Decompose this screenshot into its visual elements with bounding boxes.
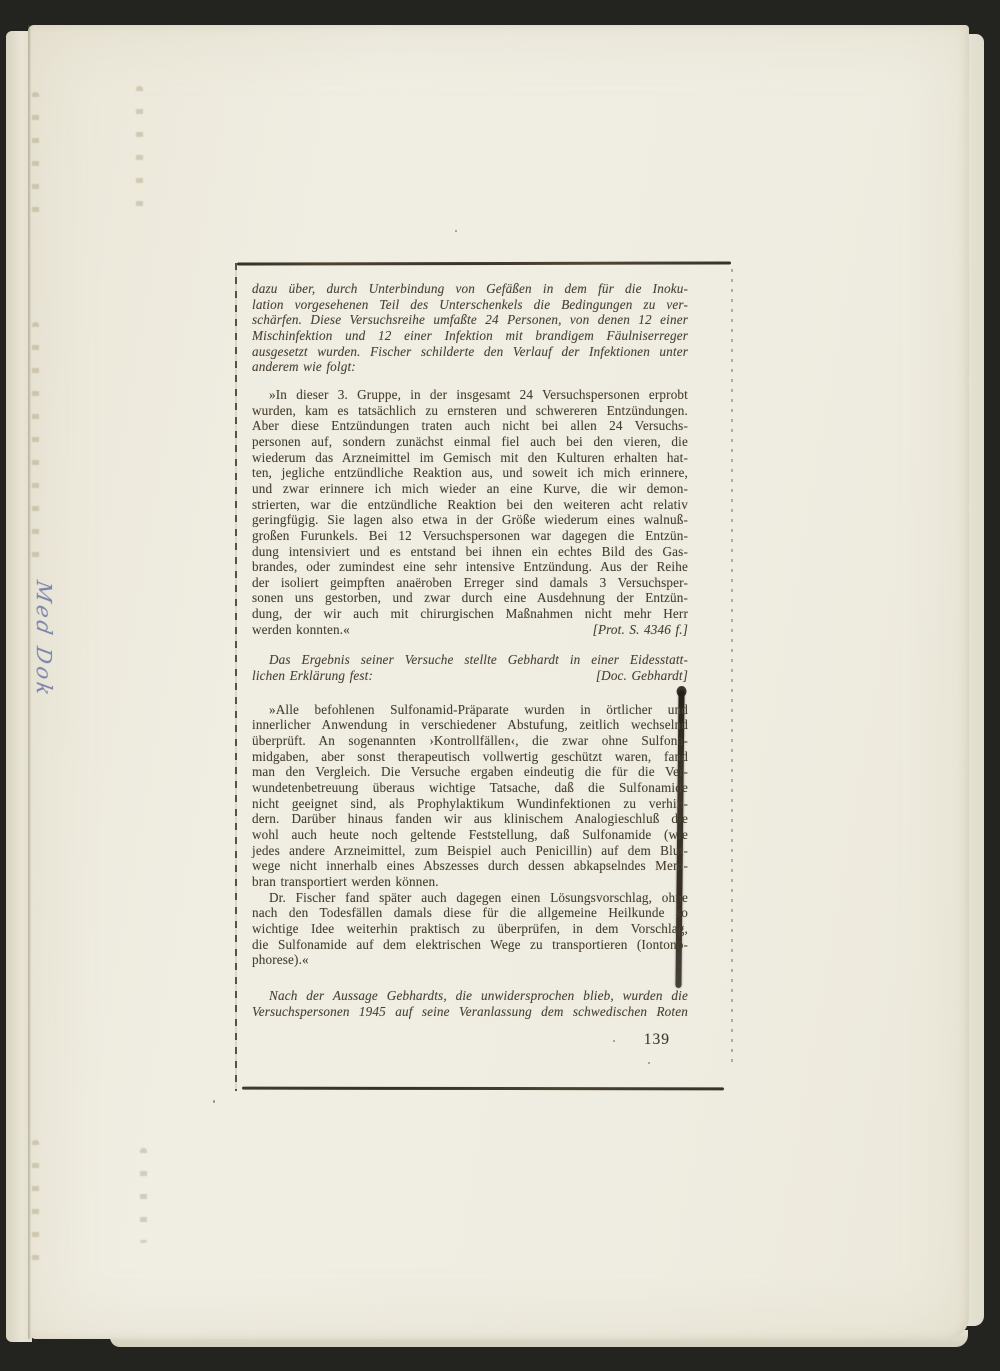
text-line: nach den Todesfällen damals diese für di… [252, 905, 688, 921]
paragraph: dazu über, durch Unterbindung von Gefäße… [252, 281, 688, 375]
text-line: und zwar erinnere ich mich wieder an ein… [252, 481, 688, 497]
text-line: jedes andere Arzneimittel, zum Beispiel … [252, 843, 688, 859]
text-line: personen auf, sondern zunächst einmal fi… [252, 434, 688, 450]
paragraph: »In dieser 3. Gruppe, in der insgesamt 2… [252, 387, 688, 638]
text-line-fragment: werden konnten.« [252, 622, 350, 638]
text-line: »Alle befohlenen Sulfonamid-Präparate wu… [252, 702, 688, 718]
photocopy-frame-left [235, 263, 237, 1091]
text-line: die Sulfonamide auf dem elektrischen Weg… [252, 937, 688, 953]
text-line: man den Vergleich. Die Versuche ergaben … [252, 764, 688, 780]
text-line: dung intensiviert und es entstand bei ih… [252, 544, 688, 560]
book-page: dazu über, durch Unterbindung von Gefäße… [28, 25, 969, 1339]
text-line: »In dieser 3. Gruppe, in der insgesamt 2… [252, 387, 688, 403]
text-line: dern. Darüber hinaus fanden wir aus klin… [252, 811, 688, 827]
text-line: midgaben, aber sonst therapeutisch vollw… [252, 749, 688, 765]
text-line: überprüft. An sogenannten ›Kontrollfälle… [252, 733, 688, 749]
source-citation: [Prot. S. 4346 f.] [593, 622, 688, 638]
photocopy-frame-bottom [242, 1087, 724, 1091]
text-line: Versuchspersonen 1945 auf seine Veranlas… [252, 1004, 688, 1020]
text-line: nicht geeignet sind, als Prophylaktikum … [252, 796, 688, 812]
text-line: phorese).« [252, 952, 688, 968]
source-citation: [Doc. Gebhardt] [596, 668, 688, 684]
text-line: Aber diese Entzündungen traten auch nich… [252, 418, 688, 434]
binding-emboss-marks [32, 1140, 39, 1270]
text-line: wundetenbetreuung überaus wichtige Tatsa… [252, 780, 688, 796]
paragraph: Dr. Fischer fand später auch dagegen ein… [252, 890, 688, 968]
text-line: wege nicht innerhalb eines Abszesses dur… [252, 858, 688, 874]
binding-emboss-marks [140, 1148, 147, 1243]
paragraph: Das Ergebnis seiner Versuche stellte Geb… [252, 652, 688, 683]
photocopy-frame-top [237, 261, 731, 265]
text-line: wiederum das Arzneimittel im Gemisch mit… [252, 450, 688, 466]
text-line: strierten, war die entzündliche Reaktion… [252, 497, 688, 513]
dust-speck [213, 1100, 215, 1103]
text-line: wurden, kam es tatsächlich zu ernsteren … [252, 403, 688, 419]
text-line: sonen uns gestorben, und zwar durch eine… [252, 590, 688, 606]
text-line: Dr. Fischer fand später auch dagegen ein… [252, 890, 688, 906]
paragraph: »Alle befohlenen Sulfonamid-Präparate wu… [252, 702, 688, 890]
text-line: innerlicher Anwendung in verschiedener A… [252, 717, 688, 733]
text-line: Mischinfektion und 12 einer Infektion mi… [252, 328, 688, 344]
text-block: dazu über, durch Unterbindung von Gefäße… [252, 281, 688, 1019]
text-line: bran transportiert werden können. [252, 874, 688, 890]
dust-speck [613, 1040, 615, 1042]
photocopy-frame-right [731, 269, 733, 1069]
text-line: ausgesetzt wurden. Fischer schilderte de… [252, 344, 688, 360]
handwritten-margin-annotation: Med Dok [30, 578, 56, 733]
text-line: wichtige Idee weiterhin praktisch zu übe… [252, 921, 688, 937]
dust-speck [455, 230, 457, 232]
text-line: lation vorgesehenen Teil des Unterschenk… [252, 297, 688, 313]
text-line: lichen Erklärung fest:[Doc. Gebhardt] [252, 668, 688, 684]
scanner-bed: dazu über, durch Unterbindung von Gefäße… [0, 0, 1000, 1371]
text-line: wohl auch heute noch geltende Feststellu… [252, 827, 688, 843]
page-number: 139 [252, 1031, 688, 1049]
text-line: dazu über, durch Unterbindung von Gefäße… [252, 281, 688, 297]
binding-emboss-marks [32, 322, 39, 562]
text-line: werden konnten.«[Prot. S. 4346 f.] [252, 622, 688, 638]
text-line: dung, der wir auch mit chirurgischen Maß… [252, 606, 688, 622]
text-line: Nach der Aussage Gebhardts, die unwiders… [252, 988, 688, 1004]
text-line: geringfügig. Sie lagen also etwa in der … [252, 512, 688, 528]
text-line: ten, jegliche entzündliche Reaktion aus,… [252, 465, 688, 481]
text-line: Das Ergebnis seiner Versuche stellte Geb… [252, 652, 688, 668]
text-line: schärfen. Diese Versuchsreihe umfaßte 24… [252, 312, 688, 328]
text-line: der isoliert geimpften anaëroben Erreger… [252, 575, 688, 591]
paragraph: Nach der Aussage Gebhardts, die unwiders… [252, 988, 688, 1019]
text-line-fragment: lichen Erklärung fest: [252, 668, 373, 684]
binding-emboss-marks [136, 86, 143, 211]
text-line: großen Furunkels. Bei 12 Versuchspersone… [252, 528, 688, 544]
dust-speck [648, 1062, 650, 1064]
text-line: brandes, oder zumindest eine sehr intens… [252, 559, 688, 575]
text-line: anderem wie folgt: [252, 359, 688, 375]
binding-emboss-marks [32, 92, 39, 222]
